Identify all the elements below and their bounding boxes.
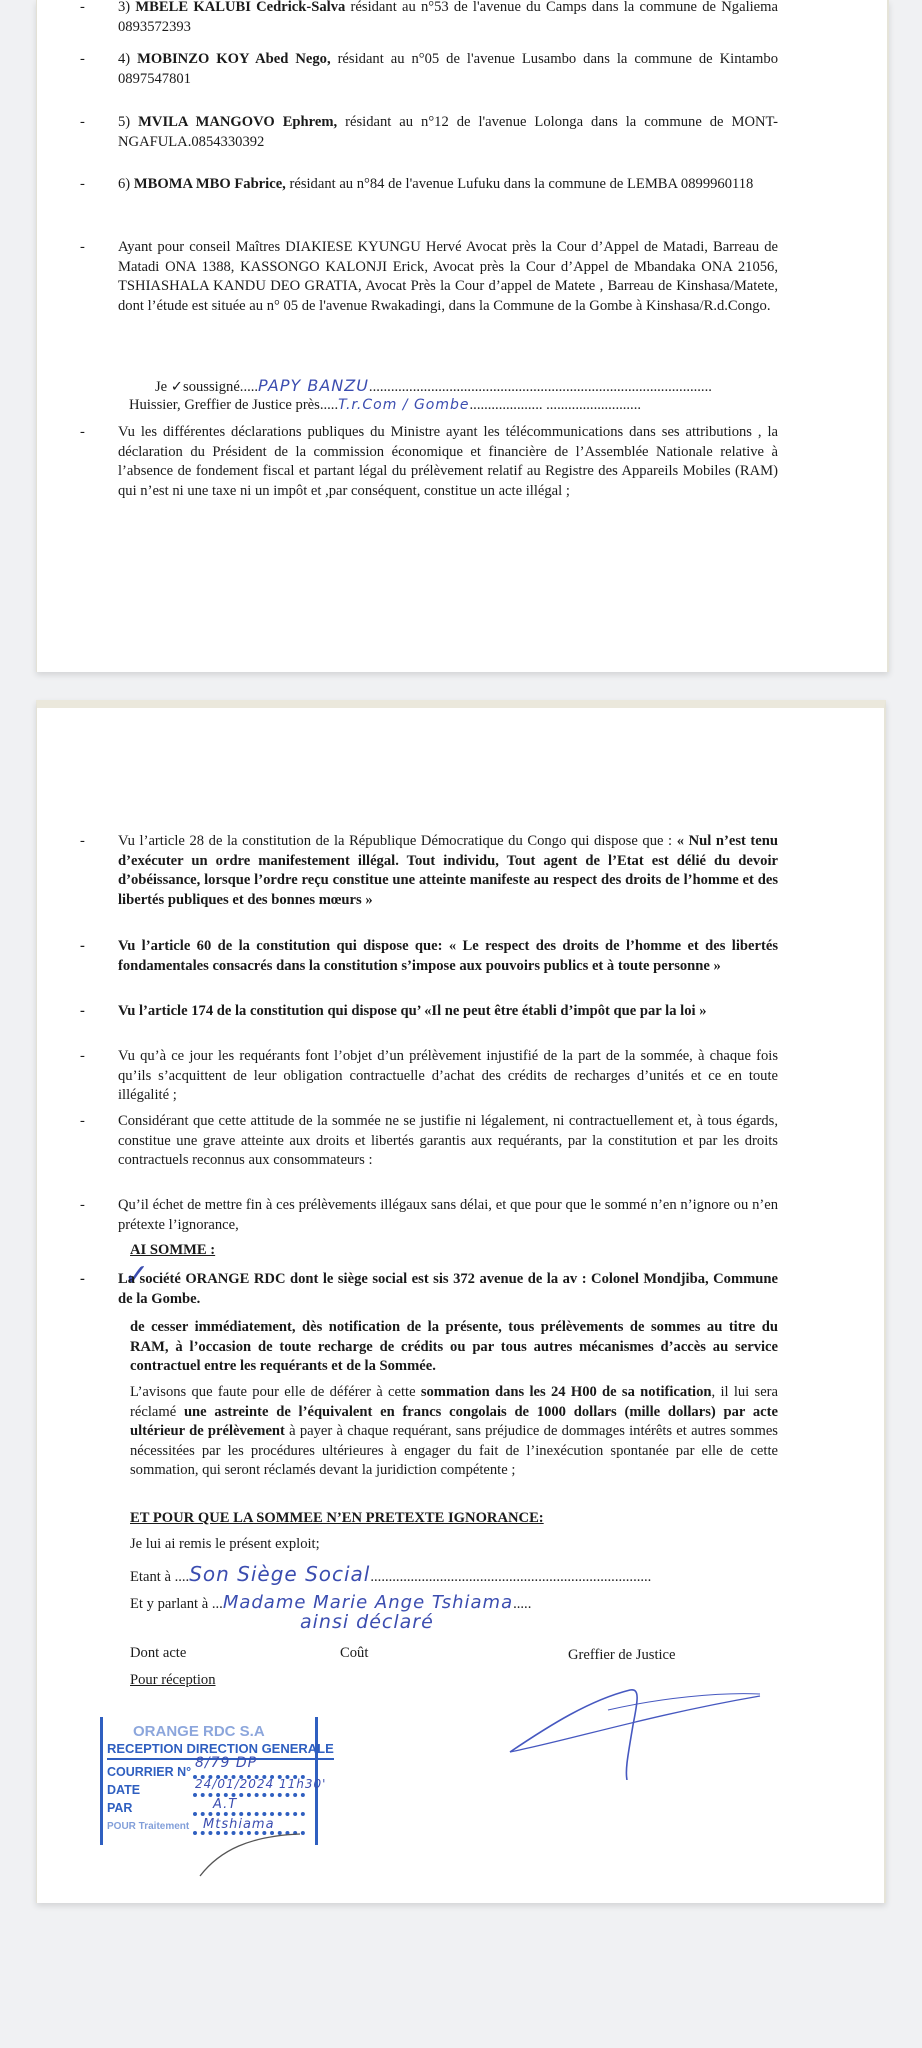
stamp-par-hand: A.T: [213, 1797, 237, 1812]
stamp-par-label: PAR: [107, 1801, 132, 1815]
considerant-paragraph: -Considérant que cette attitude de la so…: [118, 1112, 778, 1171]
greffier-label: Greffier de Justice: [568, 1646, 676, 1665]
reception-stamp: ORANGE RDC S.A RECEPTION DIRECTION GENER…: [100, 1717, 318, 1845]
dont-acte-label: Dont acte: [130, 1644, 186, 1663]
requerant-item-3: -3) MBELE KALUBI Cedrick-Salva résidant …: [118, 0, 778, 37]
stamp-company: ORANGE RDC S.A: [133, 1723, 265, 1740]
pour-reception-label: Pour réception: [130, 1671, 216, 1690]
vu-jour-paragraph: -Vu qu’à ce jour les requérants font l’o…: [118, 1047, 778, 1106]
stamp-courrier-hand: 8/79 DP: [195, 1755, 257, 1771]
counsel-paragraph: -Ayant pour conseil Maîtres DIAKIESE KYU…: [118, 238, 778, 316]
requerant-item-4: -4) MOBINZO KOY Abed Nego, résidant au n…: [118, 50, 778, 89]
cesser-paragraph: de cesser immédiatement, dès notificatio…: [130, 1318, 778, 1377]
avisons-paragraph: L’avisons que faute pour elle de déférer…: [130, 1383, 778, 1481]
handwritten-ainsi-declare: ainsi déclaré: [300, 1613, 434, 1632]
stamp-signature-stroke-icon: [190, 1830, 310, 1880]
document-page-1: [36, 0, 889, 672]
vu-declarations-paragraph: -Vu les différentes déclarations publiqu…: [118, 423, 778, 501]
handwritten-huissier-name: PAPY BANZU: [258, 376, 369, 395]
requerant-item-6: -6) MBOMA MBO Fabrice, résidant au n°84 …: [118, 175, 778, 195]
cout-label: Coût: [340, 1644, 368, 1663]
remis-line: Je lui ai remis le présent exploit;: [130, 1535, 320, 1554]
societe-paragraph: -La société ORANGE RDC dont le siège soc…: [118, 1270, 778, 1309]
handwritten-etant: Son Siège Social: [189, 1562, 370, 1586]
stamp-traitement-label: POUR Traitement: [107, 1821, 189, 1832]
article-28-paragraph: -Vu l’article 28 de la constitution de l…: [118, 832, 778, 910]
etant-line: Etant à ....Son Siège Social............…: [130, 1565, 651, 1587]
echet-paragraph: -Qu’il échet de mettre fin à ces prélève…: [118, 1196, 778, 1235]
article-60-paragraph: -Vu l’article 60 de la constitution qui …: [118, 937, 778, 976]
huissier-line: Huissier, Greffier de Justice près.....T…: [129, 396, 641, 415]
handwritten-parlant: Madame Marie Ange Tshiama: [223, 1592, 513, 1613]
greffier-signature-icon: [490, 1670, 790, 1780]
et-pour-heading: ET POUR QUE LA SOMMEE N’EN PRETEXTE IGNO…: [130, 1509, 544, 1528]
article-174-paragraph: -Vu l’article 174 de la constitution qui…: [118, 1002, 778, 1022]
stamp-date-hand: 24/01/2024 11h30': [195, 1777, 326, 1791]
soussigne-line: Je ✓soussigné.....PAPY BANZU............…: [155, 376, 712, 397]
stamp-courrier-label: COURRIER N°: [107, 1765, 191, 1779]
handwritten-tribunal: T.r.Com / Gombe: [338, 397, 469, 413]
requerant-item-5: -5) MVILA MANGOVO Ephrem, résidant au n°…: [118, 113, 778, 152]
stamp-date-label: DATE: [107, 1783, 140, 1797]
